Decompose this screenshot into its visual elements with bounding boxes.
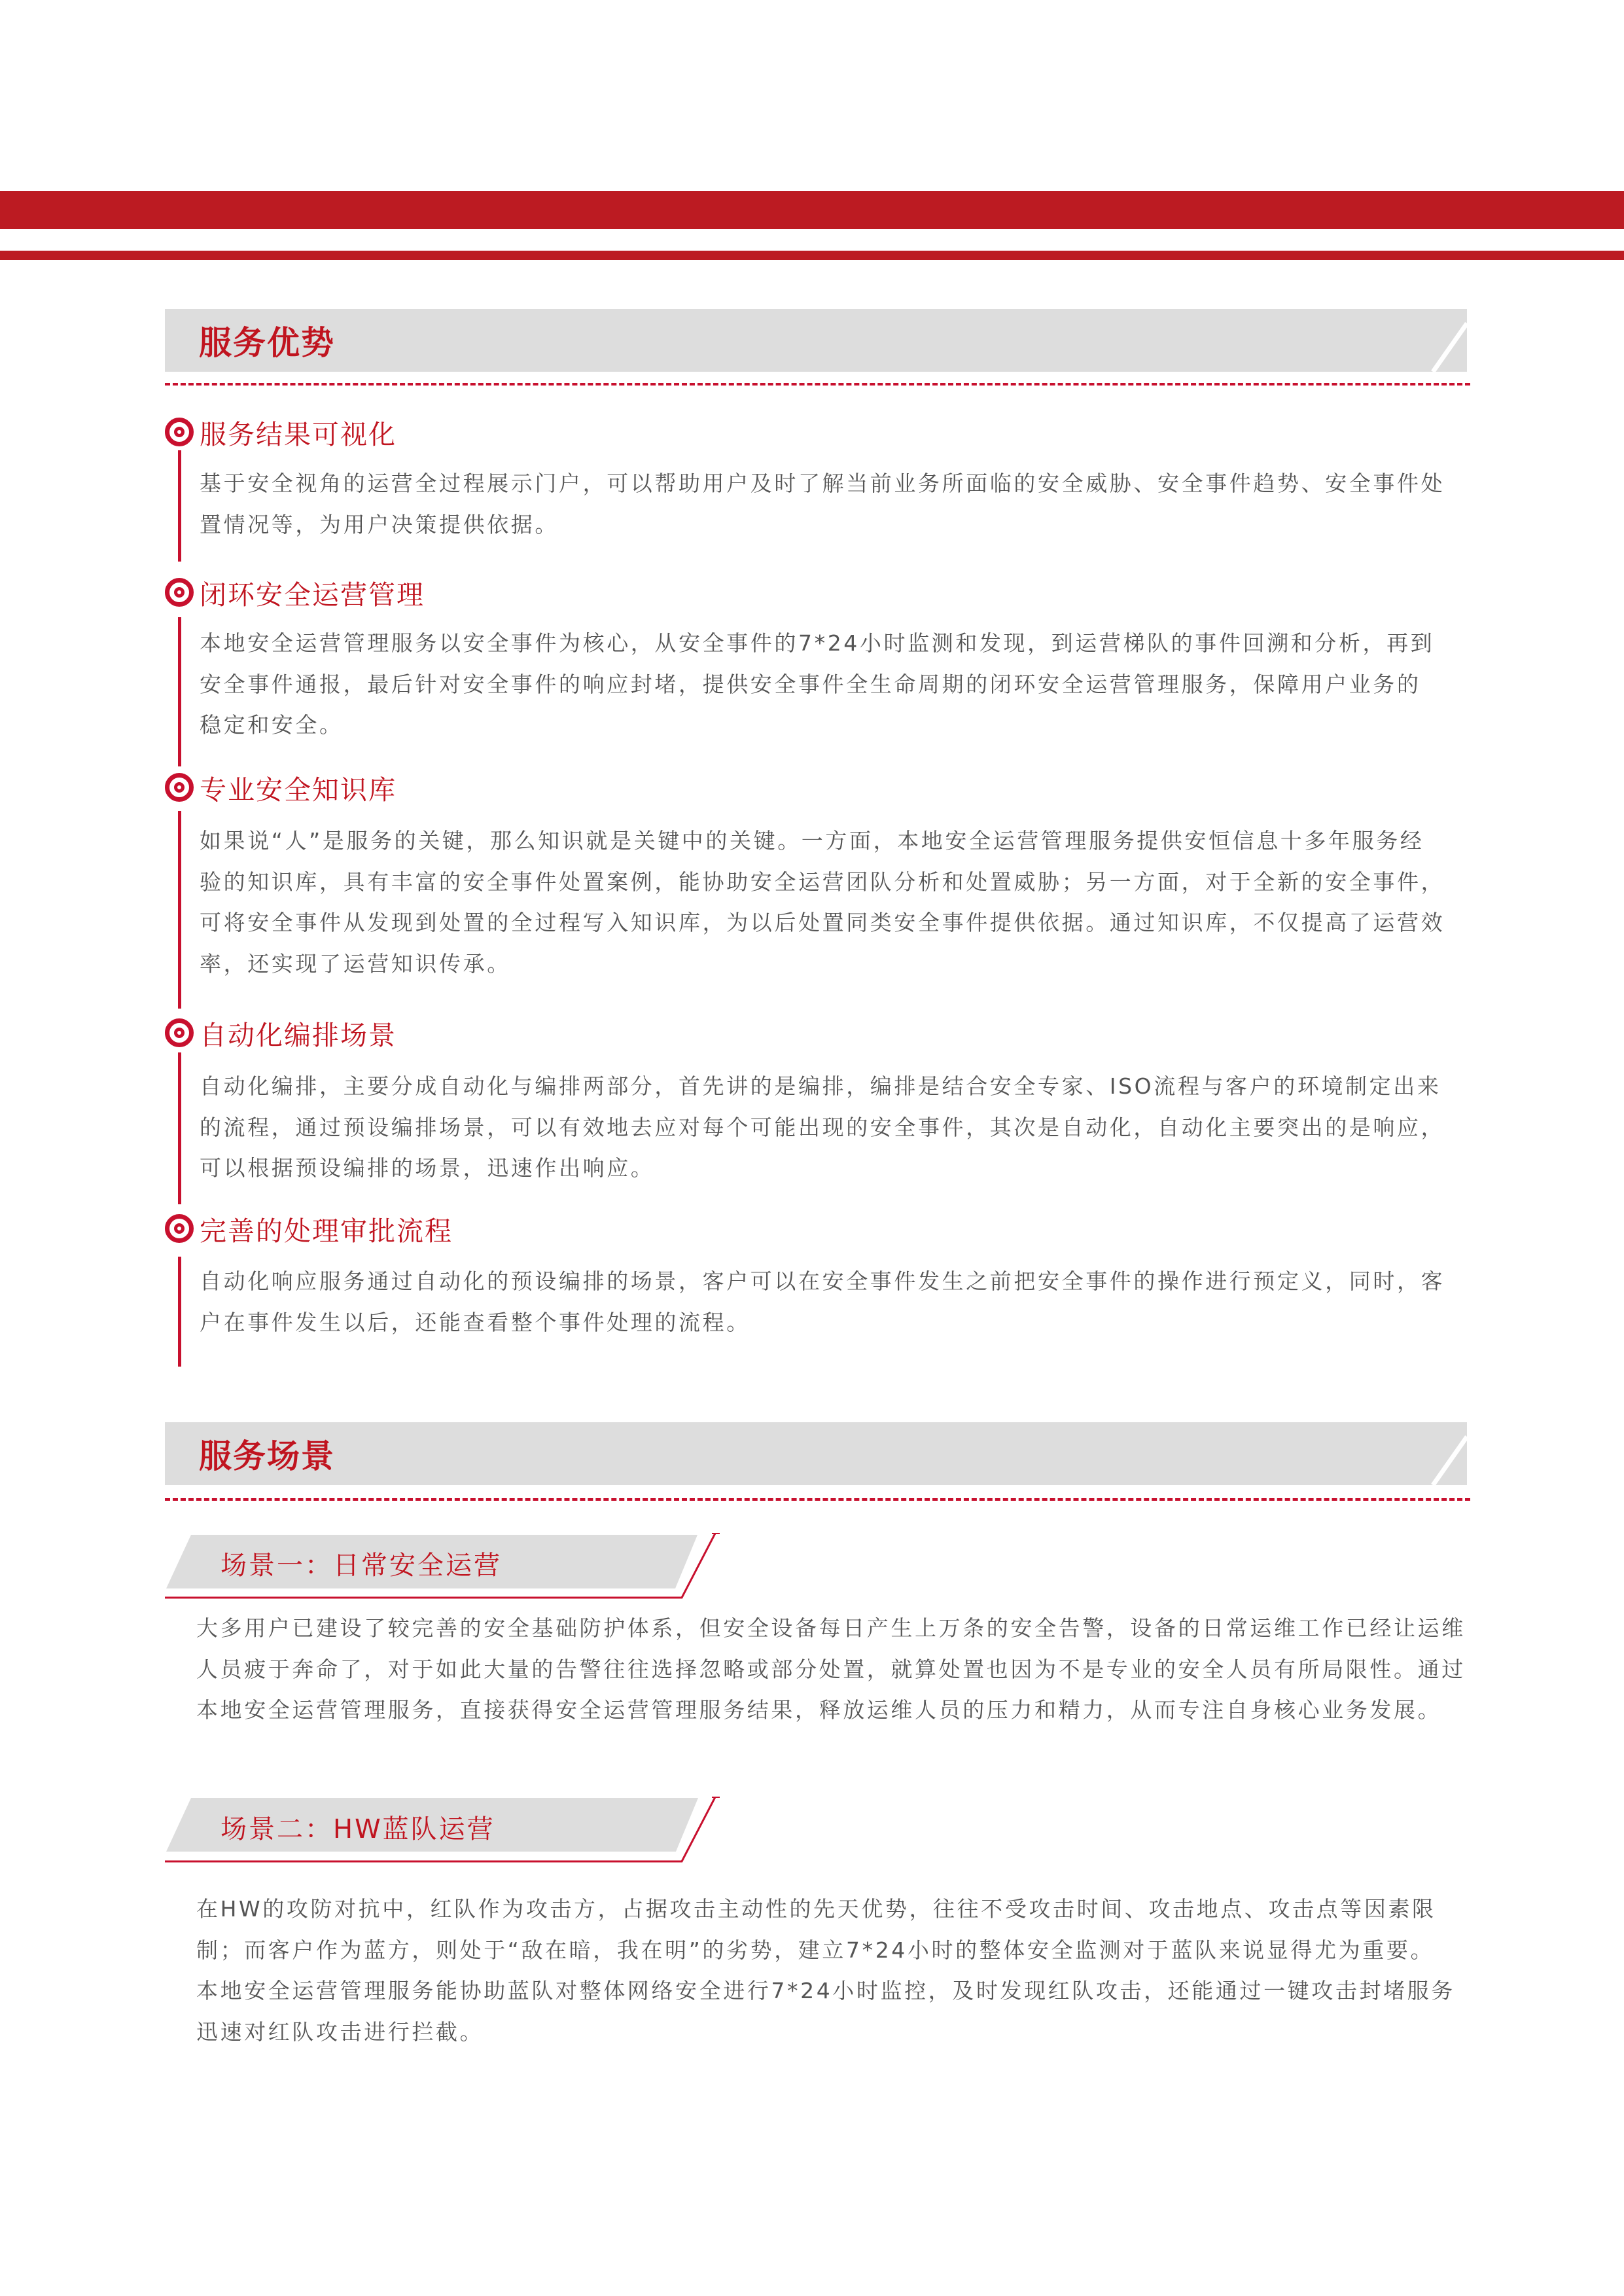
text-line: 自动化编排，主要分成自动化与编排两部分，首先讲的是编排，编排是结合安全专家、IS… xyxy=(200,1066,1469,1107)
section-header-scenarios: 服务场景 xyxy=(165,1422,1467,1485)
text-line: 迅速对红队攻击进行拦截。 xyxy=(196,2012,1466,2053)
advantage-body: 基于安全视角的运营全过程展示门户，可以帮助用户及时了解当前业务所面临的安全威胁、… xyxy=(200,463,1469,545)
text-line: 自动化响应服务通过自动化的预设编排的场景，客户可以在安全事件发生之前把安全事件的… xyxy=(200,1261,1469,1302)
scenario-title: 场景一：日常安全运营 xyxy=(221,1542,502,1584)
text-line: 本地安全运营管理服务，直接获得安全运营管理服务结果，释放运维人员的压力和精力，从… xyxy=(196,1690,1466,1731)
text-line: 户在事件发生以后，还能查看整个事件处理的流程。 xyxy=(200,1302,1469,1344)
advantage-title: 专业安全知识库 xyxy=(200,768,397,807)
scenario-title: 场景二：HW蓝队运营 xyxy=(221,1806,495,1848)
scenario-banner: 场景二：HW蓝队运营 xyxy=(165,1797,741,1869)
target-circle-icon xyxy=(165,1018,194,1047)
slash-corner-icon xyxy=(1428,309,1467,372)
text-line: 率，还实现了运营知识传承。 xyxy=(200,944,1469,985)
text-line: 安全事件通报，最后针对安全事件的响应封堵，提供安全事件全生命周期的闭环安全运营管… xyxy=(200,664,1469,706)
scenario-body: 在HW的攻防对抗中，红队作为攻击方，占据攻击主动性的先天优势，往往不受攻击时间、… xyxy=(196,1889,1466,2053)
text-line: 可将安全事件从发现到处置的全过程写入知识库，为以后处置同类安全事件提供依据。通过… xyxy=(200,903,1469,944)
text-line: 制；而客户作为蓝方，则处于“敌在暗，我在明”的劣势，建立7*24小时的整体安全监… xyxy=(196,1930,1466,1971)
text-line: 如果说“人”是服务的关键，那么知识就是关键中的关键。一方面，本地安全运营管理服务… xyxy=(200,821,1469,862)
timeline-line xyxy=(178,1257,181,1367)
text-line: 本地安全运营管理服务能协助蓝队对整体网络安全进行7*24小时监控，及时发现红队攻… xyxy=(196,1971,1466,2012)
slash-corner-icon xyxy=(1428,1422,1467,1485)
section-header-advantages: 服务优势 xyxy=(165,309,1467,372)
advantage-heading: 闭环安全运营管理 xyxy=(165,573,425,612)
section-title: 服务场景 xyxy=(199,1430,335,1477)
top-red-stripe xyxy=(0,251,1624,260)
scenario-body: 大多用户已建设了较完善的安全基础防护体系，但安全设备每日产生上万条的安全告警，设… xyxy=(196,1608,1466,1731)
timeline-line xyxy=(178,811,181,1009)
advantage-body: 本地安全运营管理服务以安全事件为核心，从安全事件的7*24小时监测和发现，到运营… xyxy=(200,623,1469,746)
target-circle-icon xyxy=(165,1214,194,1243)
advantage-title: 自动化编排场景 xyxy=(200,1014,397,1052)
timeline-line xyxy=(178,1052,181,1204)
advantage-heading: 专业安全知识库 xyxy=(165,768,397,807)
section-divider xyxy=(165,1498,1470,1501)
text-line: 本地安全运营管理服务以安全事件为核心，从安全事件的7*24小时监测和发现，到运营… xyxy=(200,623,1469,664)
advantage-body: 自动化编排，主要分成自动化与编排两部分，首先讲的是编排，编排是结合安全专家、IS… xyxy=(200,1066,1469,1189)
advantage-title: 服务结果可视化 xyxy=(200,413,397,452)
text-line: 可以根据预设编排的场景，迅速作出响应。 xyxy=(200,1148,1469,1189)
target-circle-icon xyxy=(165,773,194,802)
advantage-body: 自动化响应服务通过自动化的预设编排的场景，客户可以在安全事件发生之前把安全事件的… xyxy=(200,1261,1469,1343)
timeline-line xyxy=(178,450,181,562)
advantage-title: 完善的处理审批流程 xyxy=(200,1210,453,1248)
advantage-title: 闭环安全运营管理 xyxy=(200,573,425,612)
section-title: 服务优势 xyxy=(199,317,335,364)
text-line: 置情况等，为用户决策提供依据。 xyxy=(200,505,1469,546)
advantage-heading: 完善的处理审批流程 xyxy=(165,1209,453,1248)
text-line: 人员疲于奔命了，对于如此大量的告警往往选择忽略或部分处置，就算处置也因为不是专业… xyxy=(196,1649,1466,1691)
advantage-heading: 服务结果可视化 xyxy=(165,412,397,452)
text-line: 大多用户已建设了较完善的安全基础防护体系，但安全设备每日产生上万条的安全告警，设… xyxy=(196,1608,1466,1649)
text-line: 验的知识库，具有丰富的安全事件处置案例，能协助安全运营团队分析和处置威胁；另一方… xyxy=(200,862,1469,903)
timeline-line xyxy=(178,617,181,766)
text-line: 稳定和安全。 xyxy=(200,705,1469,746)
scenario-banner: 场景一：日常安全运营 xyxy=(165,1533,741,1605)
text-line: 基于安全视角的运营全过程展示门户，可以帮助用户及时了解当前业务所面临的安全威胁、… xyxy=(200,463,1469,505)
text-line: 在HW的攻防对抗中，红队作为攻击方，占据攻击主动性的先天优势，往往不受攻击时间、… xyxy=(196,1889,1466,1930)
advantage-body: 如果说“人”是服务的关键，那么知识就是关键中的关键。一方面，本地安全运营管理服务… xyxy=(200,821,1469,984)
text-line: 的流程，通过预设编排场景，可以有效地去应对每个可能出现的安全事件，其次是自动化，… xyxy=(200,1107,1469,1149)
top-red-band xyxy=(0,191,1624,229)
target-circle-icon xyxy=(165,418,194,446)
target-circle-icon xyxy=(165,578,194,607)
section-divider xyxy=(165,383,1470,386)
advantage-heading: 自动化编排场景 xyxy=(165,1013,397,1052)
